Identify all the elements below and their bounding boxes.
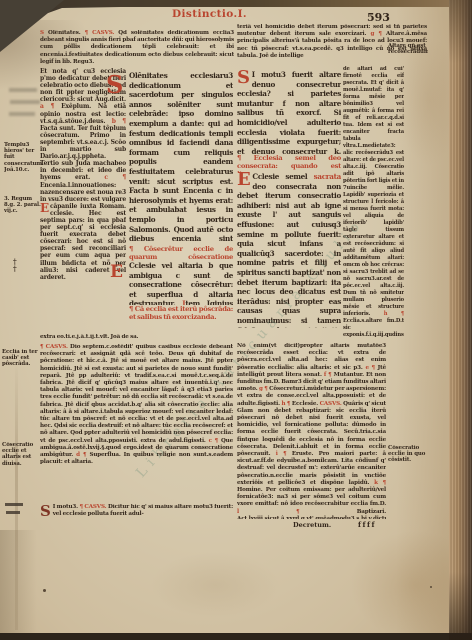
text-segment: Encenia.l.innouationes: nazencensare est… bbox=[40, 182, 126, 210]
margin-note: Templu3 hieros' ter fuit consecratum. Jo… bbox=[4, 142, 44, 178]
text-segment: h ¶ bbox=[384, 311, 404, 317]
ink-smudge bbox=[5, 503, 23, 506]
text-segment: S bbox=[40, 504, 51, 518]
text-segment: b ¶ bbox=[112, 118, 126, 125]
text-segment: c ¶ bbox=[104, 174, 126, 181]
text-segment: Olênitates. bbox=[48, 30, 85, 36]
gloss-lower-left: ¶ CASVS. Dio septem.c.ostêdit' quibus ca… bbox=[40, 344, 233, 502]
photo-top-edge bbox=[0, 0, 452, 7]
text-segment: h ¶ bbox=[281, 401, 291, 407]
text-segment: d ¶ bbox=[76, 452, 89, 458]
margin-note: Ecclia in ter casib' est pôscrâda. bbox=[2, 349, 44, 379]
text-segment: Nõ enim(vt dicif)propter altaris mutatôe… bbox=[237, 343, 386, 371]
dagger-marks: † † bbox=[13, 258, 21, 274]
drop-cap-s: S bbox=[106, 70, 123, 99]
ink-bleedthrough bbox=[9, 112, 35, 116]
ink-bleedthrough bbox=[9, 88, 37, 92]
margin-note: Côsecratio ecclie in quo côsistit. bbox=[388, 445, 428, 477]
gloss-top-right: teriâ vel homicidio debet iterum pôsecra… bbox=[237, 24, 427, 68]
book-photo: Distinctio.I. 593 Templu3 hieros' ter fu… bbox=[0, 0, 472, 640]
page-crease bbox=[15, 360, 18, 630]
text-segment: S bbox=[237, 70, 250, 86]
text-segment: de altari ad cui' firnotê ecclia eif pse… bbox=[343, 66, 404, 317]
drop-cap-e: E bbox=[110, 262, 123, 282]
photo-bottom-edge bbox=[0, 633, 472, 640]
text-segment: extra eo.ti.e.j.â.t.ij.t.vlt. Joâ de sa. bbox=[40, 334, 138, 340]
text-segment: ¶ Câ ecclia est iterû pôscrâda: et salib… bbox=[129, 305, 233, 321]
text-segment: l ¶ bbox=[237, 509, 357, 515]
ink-smudge bbox=[6, 511, 20, 514]
parchment-stain bbox=[150, 552, 280, 618]
decretum-text-ecclesie: Cclesie vel altaria b que ambigua c sunt… bbox=[129, 261, 233, 305]
ink-speck bbox=[430, 586, 432, 588]
text-segment: Olênitates ecclesiaru3 dedicationum et s… bbox=[129, 71, 233, 245]
text-segment: ¶ CASVS. bbox=[79, 504, 108, 510]
text-segment: e ¶ bbox=[365, 365, 377, 371]
text-segment: Cclesie semel bbox=[252, 172, 313, 181]
folio-number: 593 bbox=[367, 11, 393, 25]
ink-speck bbox=[43, 589, 46, 592]
text-segment: I motu3. bbox=[53, 504, 80, 510]
text-segment: E bbox=[237, 172, 250, 188]
text-segment: CASVS. bbox=[320, 401, 344, 407]
text-segment: Dio septem.c.ostêdit' quibus casibus ecc… bbox=[40, 344, 233, 444]
text-segment: ¶ CASVS. bbox=[85, 30, 119, 36]
text-segment: c ¶ bbox=[209, 438, 221, 444]
decretum-text-ecclesie-semel: ECclesie semel sacrata deo consecrata no… bbox=[237, 172, 341, 328]
quire-signature: ffff bbox=[358, 520, 392, 530]
text-segment: ¶ CASVS. bbox=[40, 344, 70, 350]
decretum-text-solennitates: Olênitates ecclesiaru3 dedicationum et s… bbox=[129, 71, 233, 245]
fore-edge-shadow-top bbox=[449, 0, 472, 70]
text-segment: Quâris q' sicut Glam non debet rebaptiza… bbox=[237, 401, 386, 457]
text-segment: S bbox=[40, 30, 48, 36]
text-segment: ¶ Ecclesia semel deo consecrata: quando … bbox=[237, 154, 341, 172]
rubric-ecclesia-semel: ¶ Ecclesia semel deo consecrata: quando … bbox=[237, 154, 341, 172]
text-segment: sacrata bbox=[314, 172, 341, 181]
text-segment: E bbox=[40, 203, 49, 214]
text-segment: i ¶ bbox=[276, 451, 292, 457]
text-segment: Facta sunt. Ter fuit têplum côsecratum. … bbox=[40, 125, 126, 182]
book-fore-edge bbox=[449, 0, 472, 640]
gloss-bridge-line: extra eo.ti.e.j.â.t.ij.t.vlt. Joâ de sa. bbox=[40, 334, 233, 342]
gloss-side-right: de altari ad cui' firnotê ecclia eif pse… bbox=[343, 66, 404, 338]
decretum-text-si-motum: SI motu3 fuerit altare denuo consecretur… bbox=[237, 70, 341, 154]
text-segment: f ¶ bbox=[324, 372, 334, 378]
running-title: Distinctio.I. bbox=[172, 8, 252, 21]
margin-note: 3. Regum 8.g. 2. paral. vij.c. bbox=[4, 196, 44, 224]
gloss-top-left: S Olênitates. ¶ CASVS. Qd solênitates de… bbox=[40, 30, 234, 69]
text-segment: g ¶ bbox=[371, 31, 386, 37]
text-segment: Ecclesîe. bbox=[292, 401, 320, 407]
text-segment: Homine. Per coitum emissam: per adulteri… bbox=[237, 487, 386, 507]
ink-bleedthrough bbox=[10, 100, 40, 104]
bottom-edge-shadow bbox=[0, 530, 46, 633]
fore-edge-shadow-bottom bbox=[449, 560, 472, 640]
text-segment: a ¶ bbox=[40, 103, 61, 110]
text-segment: Ecclia.s.altare fm.D.t sic exponis.f.i.q… bbox=[343, 318, 404, 338]
text-segment: deo consecrata non debet iterum consecra… bbox=[237, 182, 341, 328]
text-segment: g ¶ bbox=[259, 386, 269, 392]
margin-note: Côsecratio ecclie et altaris est diuisa. bbox=[2, 442, 44, 474]
text-segment: k ¶ bbox=[374, 480, 386, 486]
gloss-lower-right: Nõ enim(vt dicif)propter altaris mutatôe… bbox=[237, 343, 386, 519]
text-segment: I motu3 fuerit altare denuo consecretur … bbox=[237, 70, 341, 154]
rubric-consecrentur: ¶ Côsecrêtur ecclie de quarum côsecratio… bbox=[129, 245, 233, 262]
rubric-qua-ecclesia: ¶ Câ ecclia est iterû pôscrâda: et salib… bbox=[129, 305, 233, 323]
text-segment: ¶ Côsecrêtur ecclie de quarum côsecratio… bbox=[129, 245, 233, 262]
colophon-decretum: Decretum. bbox=[293, 521, 333, 531]
gloss-side-left: Et nota q' cu3 ecclesia p'mo dedicatur d… bbox=[40, 68, 126, 338]
gloss-final-casus: SI motu3. ¶ CASVS. Dicitur hic q' si mai… bbox=[40, 504, 233, 530]
